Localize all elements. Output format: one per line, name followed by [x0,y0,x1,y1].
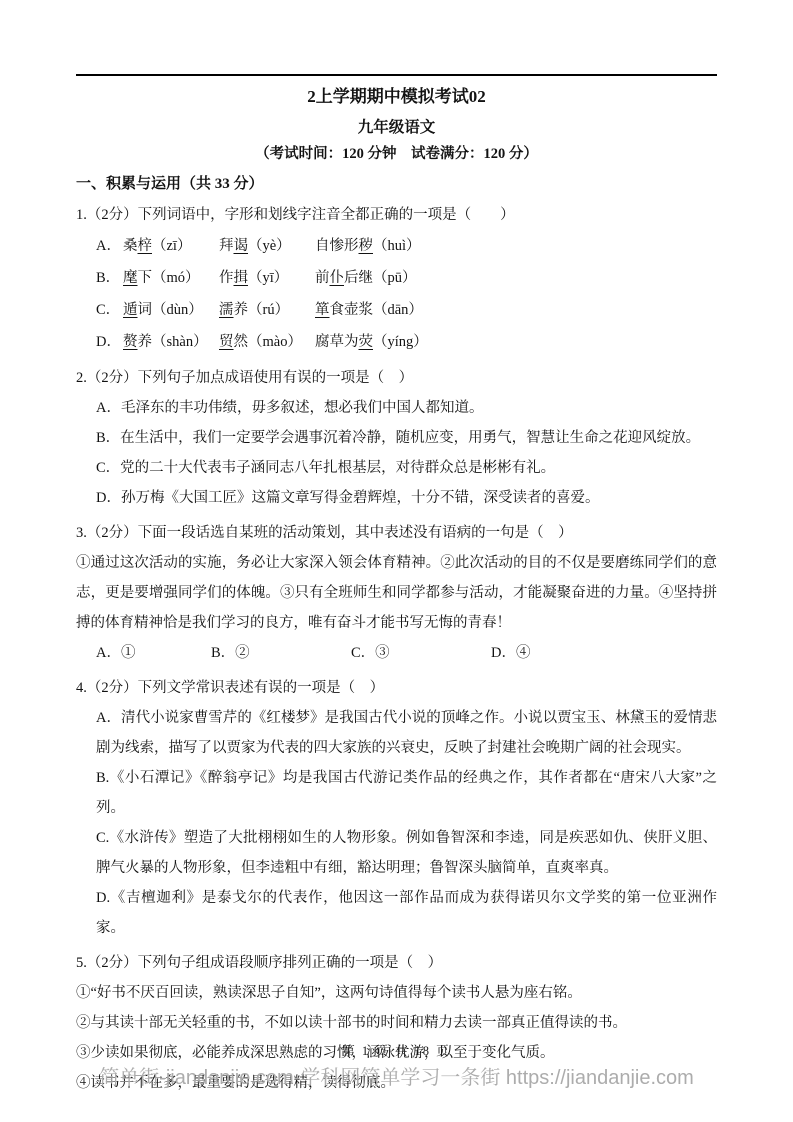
question-1: 1.（2分）下列词语中，字形和划线字注音全都正确的一项是（ ） A． 桑梓（zī… [76,200,717,358]
question-3-choices: A．① B．② C．③ D．④ [96,638,717,668]
word-segment: （yè） [248,238,291,254]
option-c: C.《水浒传》塑造了大批栩栩如生的人物形象。例如鲁智深和李逵，同是疾恶如仇、侠肝… [96,823,717,883]
choice-c: C．③ [351,638,491,668]
word-segment: 桑 [123,238,138,254]
choice-b: B．② [211,638,351,668]
watermark: 简单街-jiandanjie.com-学科网简单学习一条街 https://ji… [0,1061,793,1090]
option-label: C． [96,294,123,326]
word-group: 腐草为荧（yíng） [315,326,717,358]
section-heading: 一、积累与运用（共 33 分） [76,173,717,196]
word-segment: 拜 [219,238,234,254]
word-segment: （yíng） [373,334,428,350]
underlined-char: 梓 [138,238,153,254]
word-group: 作揖（yī） [219,262,315,294]
underlined-char: 遁 [123,302,138,318]
option-label: D． [96,326,123,358]
option-c: C．党的二十大代表韦子涵同志八年扎根基层，对待群众总是彬彬有礼。 [96,453,717,483]
option-b: B.《小石潭记》《醉翁亭记》均是我国古代游记类作品的经典之作，其作者都在“唐宋八… [96,763,717,823]
question-stem: 4.（2分）下列文学常识表述有误的一项是（ ） [76,673,717,703]
word-group: 桑梓（zī） [123,230,219,262]
word-segment: 词（dùn） [138,302,203,318]
underlined-char: 谒 [234,238,249,254]
question-paragraph: ①通过这次活动的实施，务必让大家深入领会体育精神。②此次活动的目的不仅是要磨练同… [76,548,717,638]
word-segment: 然（mào） [234,334,302,350]
underlined-char: 秽 [359,238,374,254]
word-segment: 腐草为 [315,334,359,350]
underlined-char: 贸 [219,334,234,350]
page-number: 第 1 页 共 18 页 [0,1041,793,1059]
question-stem: 3.（2分）下面一段话选自某班的活动策划，其中表述没有语病的一句是（ ） [76,518,717,548]
option-d: D． 赘养（shàn） 贸然（mào） 腐草为荧（yíng） [96,326,717,358]
option-b: B．在生活中，我们一定要学会遇事沉着冷静，随机应变，用勇气，智慧让生命之花迎风绽… [96,423,717,453]
word-segment: 养（rú） [234,302,290,318]
word-segment: 下（mó） [138,270,200,286]
word-group: 遁词（dùn） [123,294,219,326]
exam-paper: 2上学期期中模拟考试02 九年级语文 （考试时间：120 分钟 试卷满分：120… [0,0,793,1122]
word-segment: 前 [315,270,330,286]
choice-a: A．① [96,638,211,668]
option-label: A． [96,230,123,262]
underlined-char: 濡 [219,302,234,318]
word-group: 麾下（mó） [123,262,219,294]
subject-title: 九年级语文 [76,117,717,139]
word-group: 箪食壶浆（dān） [315,294,717,326]
underlined-char: 荧 [359,334,374,350]
word-segment: （yī） [248,270,288,286]
exam-info: （考试时间：120 分钟 试卷满分：120 分） [76,144,717,164]
underlined-char: 箪 [315,302,330,318]
question-1-options: A． 桑梓（zī） 拜谒（yè） 自惨形秽（huì） B． 麾下（mó） 作揖（… [96,230,717,358]
question-stem: 1.（2分）下列词语中，字形和划线字注音全都正确的一项是（ ） [76,200,717,230]
sentence-2: ②与其读十部无关轻重的书，不如以读十部书的时间和精力去读一部真正值得读的书。 [76,1008,717,1038]
word-segment: 作 [219,270,234,286]
question-stem: 5.（2分）下列句子组成语段顺序排列正确的一项是（ ） [76,948,717,978]
word-group: 拜谒（yè） [219,230,315,262]
sentence-1: ①“好书不厌百回读，熟读深思子自知”，这两句诗值得每个读书人悬为座右铭。 [76,978,717,1008]
page-content: 2上学期期中模拟考试02 九年级语文 （考试时间：120 分钟 试卷满分：120… [76,0,717,1098]
word-segment: 自惨形 [315,238,359,254]
page-title: 2上学期期中模拟考试02 [76,85,717,109]
choice-d: D．④ [491,638,717,668]
question-2: 2.（2分）下列句子加点成语使用有误的一项是（ ） A．毛泽东的丰功伟绩，毋多叙… [76,363,717,513]
word-segment: 后继（pū） [344,270,417,286]
option-b: B． 麾下（mó） 作揖（yī） 前仆后继（pū） [96,262,717,294]
underlined-char: 仆 [330,270,345,286]
option-a: A．清代小说家曹雪芹的《红楼梦》是我国古代小说的顶峰之作。小说以贾宝玉、林黛玉的… [96,703,717,763]
underlined-char: 麾 [123,270,138,286]
header-rule [76,74,717,76]
underlined-char: 揖 [234,270,249,286]
option-c: C． 遁词（dùn） 濡养（rú） 箪食壶浆（dān） [96,294,717,326]
option-d: D．孙万梅《大国工匠》这篇文章写得金碧辉煌，十分不错，深受读者的喜爱。 [96,483,717,513]
underlined-char: 赘 [123,334,138,350]
word-group: 濡养（rú） [219,294,315,326]
word-group: 前仆后继（pū） [315,262,717,294]
word-segment: 养（shàn） [138,334,208,350]
word-group: 贸然（mào） [219,326,315,358]
option-label: B． [96,262,123,294]
word-segment: （zī） [152,238,191,254]
word-segment: （huì） [373,238,421,254]
option-a: A． 桑梓（zī） 拜谒（yè） 自惨形秽（huì） [96,230,717,262]
question-4: 4.（2分）下列文学常识表述有误的一项是（ ） A．清代小说家曹雪芹的《红楼梦》… [76,673,717,943]
option-d: D.《吉檀迦利》是泰戈尔的代表作，他因这一部作品而成为获得诺贝尔文学奖的第一位亚… [96,883,717,943]
question-3: 3.（2分）下面一段话选自某班的活动策划，其中表述没有语病的一句是（ ） ①通过… [76,518,717,668]
word-segment: 食壶浆（dān） [330,302,423,318]
option-a: A．毛泽东的丰功伟绩，毋多叙述，想必我们中国人都知道。 [96,393,717,423]
word-group: 自惨形秽（huì） [315,230,717,262]
question-stem: 2.（2分）下列句子加点成语使用有误的一项是（ ） [76,363,717,393]
word-group: 赘养（shàn） [123,326,219,358]
